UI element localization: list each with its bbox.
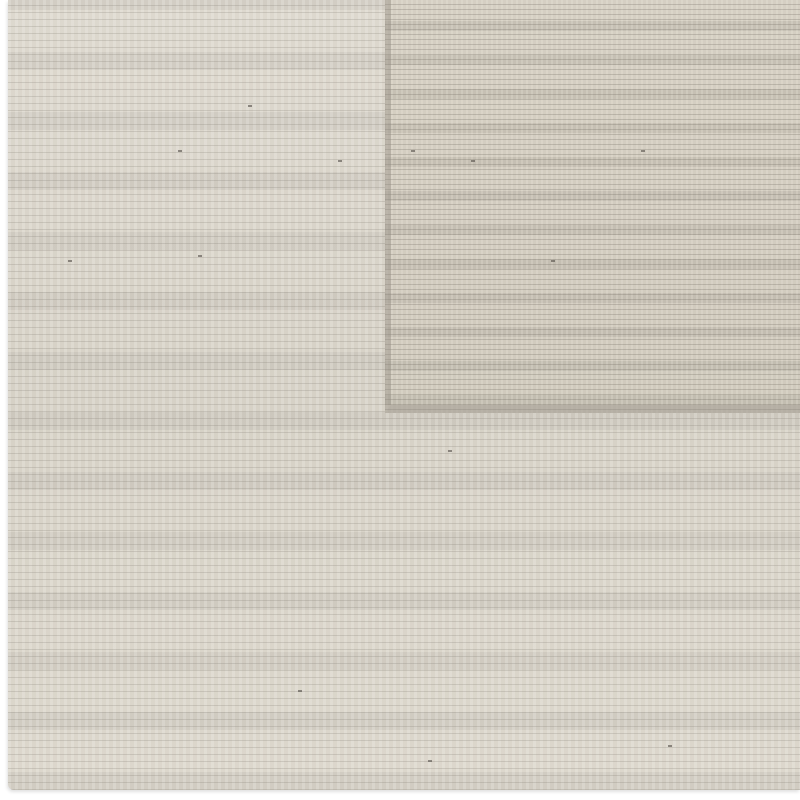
- fiber-speck: [298, 690, 302, 692]
- fiber-speck: [198, 255, 202, 257]
- fiber-speck: [471, 160, 475, 162]
- fiber-speck: [178, 150, 182, 152]
- fiber-speck: [668, 745, 672, 747]
- fiber-speck: [551, 260, 555, 262]
- fiber-speck: [641, 150, 645, 152]
- fiber-speck: [411, 150, 415, 152]
- rug-inner-panel: [385, 0, 800, 413]
- fiber-speck: [68, 260, 72, 262]
- fiber-speck: [428, 760, 432, 762]
- fiber-speck: [248, 105, 252, 107]
- fiber-speck: [338, 160, 342, 162]
- fiber-speck: [448, 450, 452, 452]
